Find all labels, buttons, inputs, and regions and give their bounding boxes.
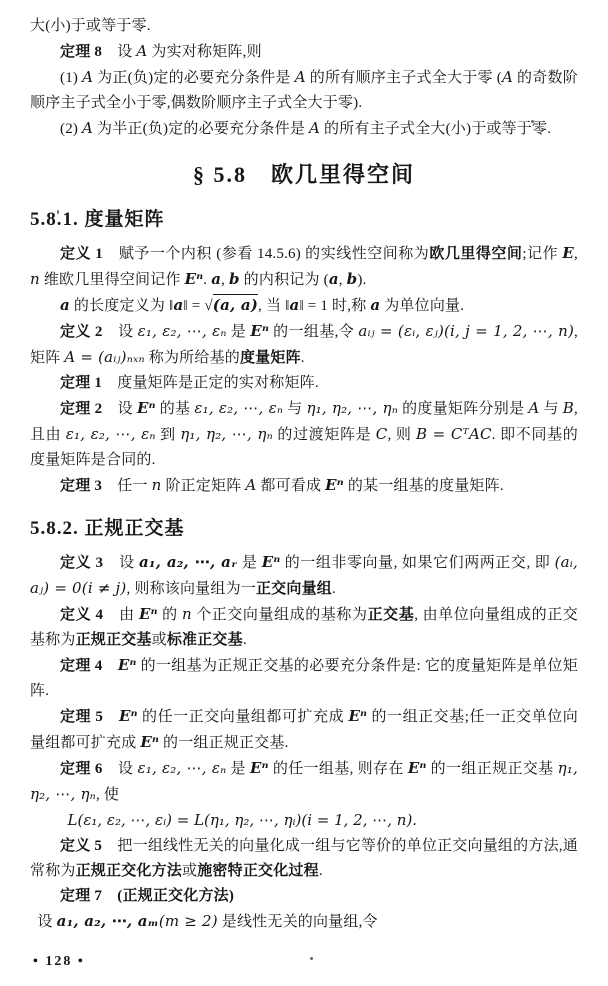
- paragraph-theorem-5: 定理 5 Eⁿ 的任一正交向量组都可扩充成 Eⁿ 的一组正交基;任一正交单位向量…: [30, 704, 578, 756]
- text-segment: n: [30, 270, 40, 288]
- text-segment: n: [182, 605, 192, 623]
- text-segment: 定理 5: [60, 709, 103, 725]
- text-segment: .: [319, 863, 323, 879]
- paragraph-theorem-8-item-2: (2) A 为半正(负)定的必要充分条件是 A 的所有主子式全大(小)于或等于零…: [30, 116, 578, 142]
- text-segment: , 则称该向量组为一: [126, 581, 256, 597]
- text-segment: 或: [182, 863, 197, 879]
- text-segment: 的基: [156, 401, 195, 417]
- text-segment: 为实对称矩阵,则: [147, 44, 261, 60]
- text-segment: L(ε₁, ε₂, ⋯, εᵢ) = L(η₁, η₂, ⋯, ηᵢ)(i = …: [68, 811, 418, 829]
- text-segment: 是: [227, 324, 251, 340]
- text-segment: ).: [357, 272, 366, 288]
- text-segment: 的度量矩阵分别是: [398, 401, 528, 417]
- text-segment: A: [309, 119, 320, 137]
- text-segment: B = CᵀAC: [416, 425, 492, 443]
- text-segment: a: [290, 296, 300, 314]
- text-segment: A: [295, 68, 306, 86]
- text-segment: b: [229, 270, 240, 288]
- page-number: • 128 •: [33, 954, 85, 970]
- text-segment: 定理 3: [60, 478, 102, 494]
- text-segment: (正规正交化方法): [117, 888, 234, 904]
- text-segment: 大(小)于或等于零.: [30, 18, 151, 34]
- text-segment: 的任一组基, 则存在: [269, 761, 408, 777]
- text-segment: Eⁿ: [408, 759, 427, 777]
- text-segment: b: [347, 270, 358, 288]
- subsection-heading-581: 5.8.1. 度量矩阵: [30, 207, 578, 233]
- text-segment: Eⁿ: [262, 553, 281, 571]
- text-segment: 设: [38, 914, 57, 930]
- text-segment: 度量矩阵: [240, 350, 301, 366]
- text-segment: ε₁, ε₂, ⋯, εₙ: [66, 425, 156, 443]
- text-segment: ‖ = 1 时,称: [299, 298, 370, 314]
- text-segment: a₁, a₂, ⋯, aₘ: [57, 912, 159, 930]
- scan-speck: [531, 120, 534, 123]
- scanned-book-page: 大(小)于或等于零. 定理 8 设 A 为实对称矩阵,则 (1) A 为正(负)…: [0, 0, 608, 986]
- text-segment: 为半正(负)定的必要充分条件是: [93, 121, 309, 137]
- text-segment: a₁, a₂, ⋯, aᵣ: [139, 553, 238, 571]
- text-segment: .: [332, 581, 336, 597]
- text-segment: 的过渡矩阵是: [273, 427, 376, 443]
- text-segment: 正交向量组: [256, 581, 332, 597]
- paragraph-definition-2: 定义 2 设 ε₁, ε₂, ⋯, εₙ 是 Eⁿ 的一组基,令 aᵢⱼ = (…: [30, 319, 578, 371]
- text-segment: ,: [574, 246, 578, 262]
- paragraph-continuation: 大(小)于或等于零.: [30, 14, 578, 39]
- text-segment: Eⁿ: [348, 707, 367, 725]
- text-segment: 定义 5: [60, 838, 102, 854]
- text-segment: Eⁿ: [250, 322, 269, 340]
- text-segment: a: [60, 296, 70, 314]
- text-segment: (2): [60, 121, 82, 137]
- text-segment: 的: [158, 607, 182, 623]
- text-segment: Eⁿ: [140, 733, 159, 751]
- paragraph-definition-1: 定义 1 赋予一个内积 (参看 14.5.6) 的实线性空间称为欧几里得空间;记…: [30, 241, 578, 293]
- text-segment: , 则: [387, 427, 415, 443]
- text-segment: ‖ = √: [183, 298, 212, 314]
- text-segment: (1): [60, 70, 82, 86]
- text-segment: A: [136, 42, 147, 60]
- text-segment: E: [562, 244, 574, 262]
- text-segment: 的一组非零向量, 如果它们两两正交, 即: [280, 555, 554, 571]
- paragraph-vector-length: a 的长度定义为 ‖a‖ = √(a, a), 当 ‖a‖ = 1 时,称 a …: [30, 293, 578, 319]
- text-segment: ,: [339, 272, 347, 288]
- subsection-heading-582: 5.8.2. 正规正交基: [30, 516, 578, 542]
- text-segment: ε₁, ε₂, ⋯, εₙ: [138, 322, 227, 340]
- text-segment: η₁, η₂, ⋯, ηₙ: [180, 425, 273, 443]
- text-segment: 与: [539, 401, 562, 417]
- text-segment: n: [152, 476, 162, 494]
- text-segment: 施密特正交化过程: [197, 863, 319, 879]
- text-segment: C: [376, 425, 388, 443]
- text-segment: 是: [226, 761, 250, 777]
- text-segment: [102, 888, 117, 904]
- text-segment: 标准正交基: [167, 632, 243, 648]
- text-segment: 定义 2: [60, 324, 103, 340]
- text-segment: A: [502, 68, 513, 86]
- theorem-6-formula: L(ε₁, ε₂, ⋯, εᵢ) = L(η₁, η₂, ⋯, ηᵢ)(i = …: [30, 808, 578, 834]
- text-segment: A: [82, 68, 93, 86]
- text-segment: 都可看成: [256, 478, 325, 494]
- text-segment: B: [563, 399, 574, 417]
- text-segment: 的一组正规正交基: [427, 761, 558, 777]
- text-segment: Eⁿ: [325, 476, 344, 494]
- text-segment: 定理 2: [60, 401, 102, 417]
- text-segment: ,: [221, 272, 229, 288]
- text-segment: 的所有主子式全大(小)于或等于零.: [320, 121, 551, 137]
- text-segment: 正规正交基: [76, 632, 152, 648]
- text-segment: 为正(负)定的必要充分条件是: [93, 70, 295, 86]
- text-segment: 定义 3: [60, 555, 103, 571]
- scan-speck: [57, 210, 59, 214]
- text-segment: 是线性无关的向量组,令: [218, 914, 378, 930]
- text-segment: 或: [152, 632, 167, 648]
- paragraph-definition-4: 定义 4 由 Eⁿ 的 n 个正交向量组成的基称为正交基, 由单位向量组成的正交…: [30, 602, 578, 653]
- text-segment: Eⁿ: [185, 270, 204, 288]
- paragraph-theorem-4: 定理 4 Eⁿ 的一组基为正规正交基的必要充分条件是: 它的度量矩阵是单位矩阵.: [30, 653, 578, 704]
- text-segment: 维欧几里得空间记作: [40, 272, 185, 288]
- text-segment: 为单位向量.: [380, 298, 464, 314]
- text-segment: 定理 4: [60, 658, 102, 674]
- text-segment: 的任一正交向量组都可扩充成: [138, 709, 349, 725]
- paragraph-theorem-8: 定理 8 设 A 为实对称矩阵,则: [30, 39, 578, 65]
- text-segment: Eⁿ: [250, 759, 269, 777]
- paragraph-theorem-7-setup: 设 a₁, a₂, ⋯, aₘ(m ≥ 2) 是线性无关的向量组,令: [30, 909, 578, 935]
- text-segment: Eⁿ: [137, 399, 156, 417]
- text-segment: (m ≥ 2): [159, 912, 218, 930]
- text-segment: 称为所给基的: [145, 350, 240, 366]
- text-segment: 与: [283, 401, 306, 417]
- paragraph-theorem-2: 定理 2 设 Eⁿ 的基 ε₁, ε₂, ⋯, εₙ 与 η₁, η₂, ⋯, …: [30, 396, 578, 473]
- text-segment: A = (aᵢⱼ)ₙₓₙ: [64, 348, 144, 366]
- text-segment: 设: [103, 324, 138, 340]
- text-segment: 阶正定矩阵: [162, 478, 246, 494]
- text-segment: 定理 7: [60, 888, 102, 904]
- text-segment: 的长度定义为 ‖: [70, 298, 174, 314]
- text-segment: 的某一组基的度量矩阵.: [344, 478, 504, 494]
- text-segment: a: [329, 270, 339, 288]
- text-segment: a: [173, 296, 183, 314]
- text-segment: 定义 4: [60, 607, 103, 623]
- text-segment: 设: [103, 555, 139, 571]
- text-segment: aᵢⱼ = (εᵢ, εⱼ)(i, j = 1, 2, ⋯, n): [358, 322, 574, 340]
- text-segment: , 当 ‖: [258, 298, 289, 314]
- text-segment: 由: [103, 607, 139, 623]
- paragraph-definition-5: 定义 5 把一组线性无关的向量化成一组与它等价的单位正交向量组的方法,通常称为正…: [30, 834, 578, 884]
- text-segment: [103, 709, 119, 725]
- text-segment: 欧几里得空间: [429, 246, 522, 262]
- paragraph-theorem-6: 定理 6 设 ε₁, ε₂, ⋯, εₙ 是 Eⁿ 的任一组基, 则存在 Eⁿ …: [30, 756, 578, 808]
- text-segment: η₁, η₂, ⋯, ηₙ: [306, 399, 398, 417]
- text-segment: 定义 1: [60, 246, 103, 262]
- text-segment: 的一组基,令: [269, 324, 358, 340]
- text-segment: .: [301, 350, 305, 366]
- text-segment: A: [528, 399, 539, 417]
- text-segment: 是: [238, 555, 262, 571]
- text-segment: 的所有顺序主子式全大于零 (: [306, 70, 502, 86]
- paragraph-theorem-7: 定理 7 (正规正交化方法): [30, 884, 578, 909]
- text-segment: ;记作: [522, 246, 562, 262]
- text-segment: 设: [103, 761, 138, 777]
- text-segment: Eⁿ: [139, 605, 158, 623]
- text-segment: [102, 658, 117, 674]
- text-segment: 赋予一个内积 (参看 14.5.6) 的实线性空间称为: [103, 246, 429, 262]
- text-segment: 的一组正规正交基.: [159, 735, 289, 751]
- text-segment: Eⁿ: [119, 707, 138, 725]
- text-segment: 任一: [102, 478, 152, 494]
- text-segment: .: [243, 632, 247, 648]
- paragraph-theorem-8-item-1: (1) A 为正(负)定的必要充分条件是 A 的所有顺序主子式全大于零 (A 的…: [30, 65, 578, 116]
- text-segment: 定理 1: [60, 375, 102, 391]
- paragraph-theorem-3: 定理 3 任一 n 阶正定矩阵 A 都可看成 Eⁿ 的某一组基的度量矩阵.: [30, 473, 578, 499]
- paragraph-theorem-1: 定理 1 度量矩阵是正定的实对称矩阵.: [30, 371, 578, 396]
- text-segment: A: [245, 476, 256, 494]
- text-segment: 设: [102, 44, 136, 60]
- text-segment: (a, a): [213, 294, 258, 314]
- paragraph-definition-3: 定义 3 设 a₁, a₂, ⋯, aᵣ 是 Eⁿ 的一组非零向量, 如果它们两…: [30, 550, 578, 602]
- text-segment: a: [370, 296, 380, 314]
- text-segment: 到: [156, 427, 181, 443]
- text-segment: A: [82, 119, 93, 137]
- text-segment: 度量矩阵是正定的实对称矩阵.: [102, 375, 319, 391]
- text-segment: Eⁿ: [118, 656, 137, 674]
- text-segment: 定理 8: [60, 44, 102, 60]
- text-segment: 设: [102, 401, 137, 417]
- text-segment: a: [211, 270, 221, 288]
- text-segment: 的内积记为 (: [240, 272, 329, 288]
- text-segment: ε₁, ε₂, ⋯, εₙ: [138, 759, 227, 777]
- text-segment: 正规正交化方法: [76, 863, 182, 879]
- text-segment: 个正交向量组成的基称为: [192, 607, 368, 623]
- text-segment: ε₁, ε₂, ⋯, εₙ: [194, 399, 283, 417]
- text-segment: , 使: [96, 787, 119, 803]
- section-heading: § 5.8 欧几里得空间: [30, 160, 578, 190]
- text-segment: 正交基: [368, 607, 415, 623]
- text-segment: 定理 6: [60, 761, 103, 777]
- scan-speck: [310, 957, 313, 960]
